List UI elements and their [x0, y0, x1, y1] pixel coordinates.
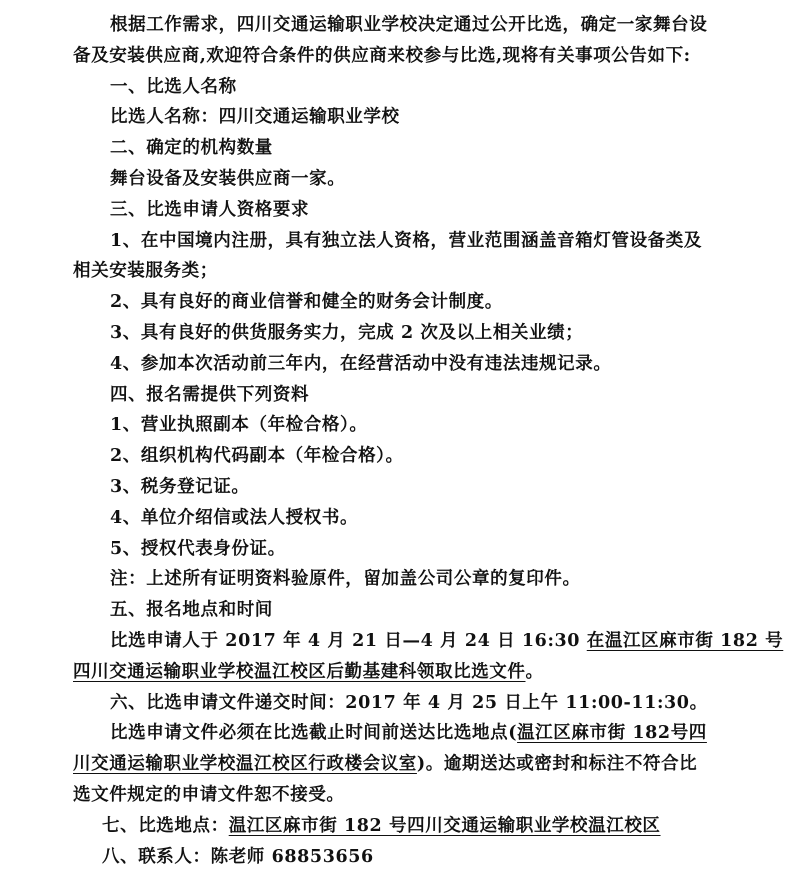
section6-text: 比选申请文件必须在比选截止时间前送达比选地点(	[110, 723, 517, 743]
section4-item-1: 1、营业执照副本（年检合格）。	[73, 410, 725, 441]
section2-heading: 二、确定的机构数量	[73, 133, 725, 164]
section4-item-3: 3、税务登记证。	[73, 472, 725, 503]
section3-item-3: 3、具有良好的供货服务实力，完成 2 次及以上相关业绩；	[73, 318, 725, 349]
section6-line-1: 比选申请文件必须在比选截止时间前送达比选地点(温江区麻市街 182号四	[73, 718, 725, 749]
section4-item-4: 4、单位介绍信或法人授权书。	[73, 503, 725, 534]
section6-location-underlined-cont: 川交通运输职业学校温江校区行政楼会议室	[73, 754, 417, 774]
section5-period: 。	[526, 662, 544, 682]
intro-line-2: 备及安装供应商,欢迎符合条件的供应商来校参与比选,现将有关事项公告如下:	[73, 41, 725, 72]
section2-content: 舞台设备及安装供应商一家。	[73, 164, 725, 195]
section6-text-cont: )。逾期送达或密封和标注不符合比	[417, 754, 697, 774]
section5-time-text: 比选申请人于 2017 年 4 月 21 日—4 月 24 日 16:30	[110, 631, 587, 651]
section4-heading: 四、报名需提供下列资料	[73, 380, 725, 411]
section3-item-1-line-1: 1、在中国境内注册，具有独立法人资格，营业范围涵盖音箱灯管设备类及	[73, 226, 725, 257]
section4-item-5: 5、授权代表身份证。	[73, 534, 725, 565]
section5-line-1: 比选申请人于 2017 年 4 月 21 日—4 月 24 日 16:30 在温…	[73, 626, 725, 657]
section3-item-4: 4、参加本次活动前三年内，在经营活动中没有违法违规记录。	[73, 349, 725, 380]
intro-line-1: 根据工作需求，四川交通运输职业学校决定通过公开比选，确定一家舞台设	[73, 10, 725, 41]
section3-item-1-line-2: 相关安装服务类；	[73, 256, 725, 287]
section5-location-underlined: 在温江区麻市街 182 号	[587, 631, 784, 651]
section5-location-underlined-cont: 四川交通运输职业学校温江校区后勤基建科领取比选文件	[73, 662, 526, 682]
section4-item-2: 2、组织机构代码副本（年检合格）。	[73, 441, 725, 472]
section8-contact: 八、联系人：陈老师 68853656	[73, 842, 725, 873]
section4-note: 注：上述所有证明资料验原件，留加盖公司公章的复印件。	[73, 564, 725, 595]
section5-line-2: 四川交通运输职业学校温江校区后勤基建科领取比选文件。	[73, 657, 725, 688]
announcement-document: 根据工作需求，四川交通运输职业学校决定通过公开比选，确定一家舞台设 备及安装供应…	[73, 10, 725, 872]
section6-heading: 六、比选申请文件递交时间：2017 年 4 月 25 日上午 11:00-11:…	[73, 688, 725, 719]
section6-location-underlined: 温江区麻市街 182号四	[517, 723, 707, 743]
section1-content: 比选人名称：四川交通运输职业学校	[73, 102, 725, 133]
section6-line-3: 选文件规定的申请文件恕不接受。	[73, 780, 725, 811]
section5-heading: 五、报名地点和时间	[73, 595, 725, 626]
section7-location-underlined: 温江区麻市街 182 号四川交通运输职业学校温江校区	[229, 816, 661, 836]
section3-heading: 三、比选申请人资格要求	[73, 195, 725, 226]
section7-line: 七、比选地点：温江区麻市街 182 号四川交通运输职业学校温江校区	[73, 811, 725, 842]
section7-label: 七、比选地点：	[102, 816, 229, 836]
section6-line-2: 川交通运输职业学校温江校区行政楼会议室)。逾期送达或密封和标注不符合比	[73, 749, 725, 780]
section1-heading: 一、比选人名称	[73, 72, 725, 103]
section3-item-2: 2、具有良好的商业信誉和健全的财务会计制度。	[73, 287, 725, 318]
